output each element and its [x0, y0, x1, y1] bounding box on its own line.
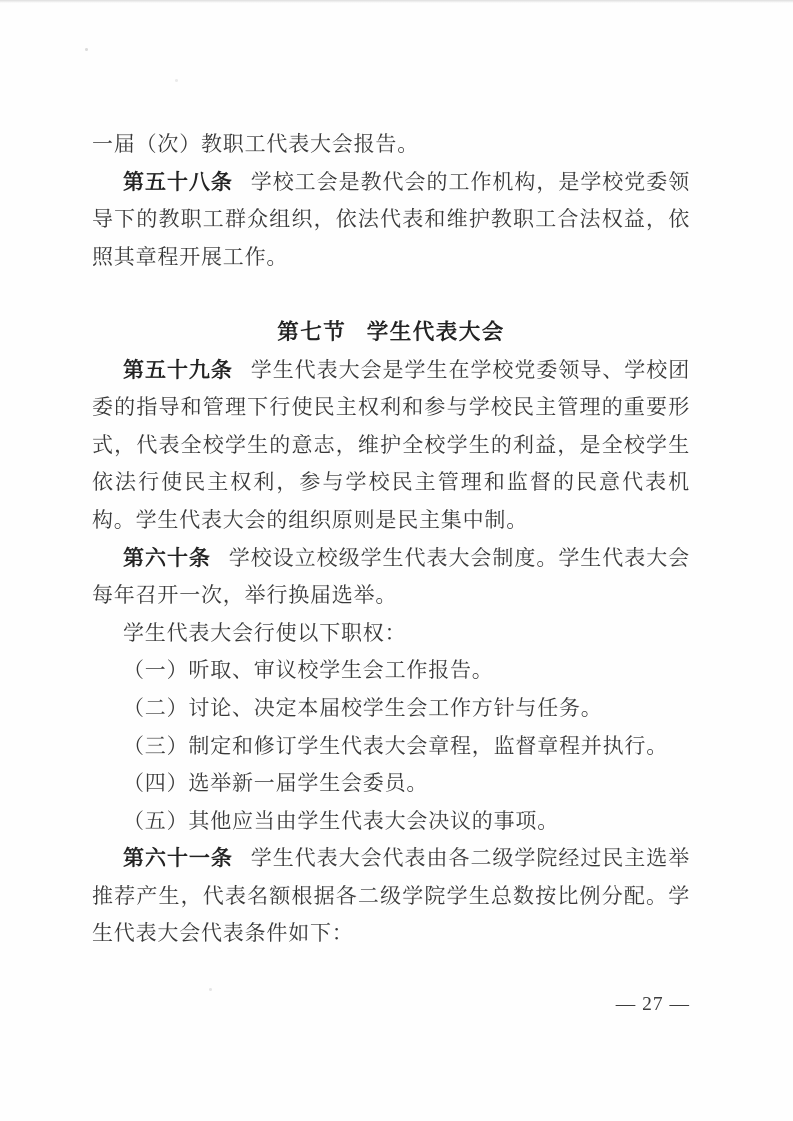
article-59-number: 第五十九条 — [123, 358, 233, 382]
document-content: 一届（次）教职工代表大会报告。 第五十八条学校工会是教代会的工作机构，是学校党委… — [92, 126, 690, 953]
article-58-paragraph: 第五十八条学校工会是教代会的工作机构，是学校党委领导下的教职工群众组织，依法代表… — [92, 164, 690, 277]
scan-edge-artifact — [0, 0, 793, 3]
list-item-4: （四）选举新一届学生会委员。 — [92, 765, 690, 803]
list-item-3: （三）制定和修订学生代表大会章程，监督章程并执行。 — [92, 728, 690, 766]
article-61-number: 第六十一条 — [123, 846, 233, 870]
article-58-number: 第五十八条 — [123, 170, 233, 194]
section-heading: 第七节学生代表大会 — [92, 314, 690, 352]
powers-intro-paragraph: 学生代表大会行使以下职权： — [92, 615, 690, 653]
document-page: 一届（次）教职工代表大会报告。 第五十八条学校工会是教代会的工作机构，是学校党委… — [0, 0, 793, 1121]
article-60-number: 第六十条 — [123, 546, 211, 570]
scan-speck — [85, 48, 88, 51]
list-item-1: （一）听取、审议校学生会工作报告。 — [92, 652, 690, 690]
article-59-paragraph: 第五十九条学生代表大会是学生在学校党委领导、学校团委的指导和管理下行使民主权利和… — [92, 352, 690, 540]
scan-speck — [175, 79, 178, 82]
page-number: — 27 — — [616, 994, 690, 1015]
article-60-paragraph: 第六十条学校设立校级学生代表大会制度。学生代表大会每年召开一次，举行换届选举。 — [92, 540, 690, 615]
section-label: 第七节 — [277, 320, 346, 344]
list-item-2: （二）讨论、决定本届校学生会工作方针与任务。 — [92, 690, 690, 728]
article-59-text: 学生代表大会是学生在学校党委领导、学校团委的指导和管理下行使民主权利和参与学校民… — [92, 358, 690, 532]
article-61-paragraph: 第六十一条学生代表大会代表由各二级学院经过民主选举推荐产生，代表名额根据各二级学… — [92, 840, 690, 953]
list-item-5: （五）其他应当由学生代表大会决议的事项。 — [92, 803, 690, 841]
scan-speck — [209, 988, 212, 991]
section-title: 学生代表大会 — [367, 320, 505, 344]
paragraph-continuation: 一届（次）教职工代表大会报告。 — [92, 126, 690, 164]
page-footer: — 27 — — [92, 994, 690, 1016]
